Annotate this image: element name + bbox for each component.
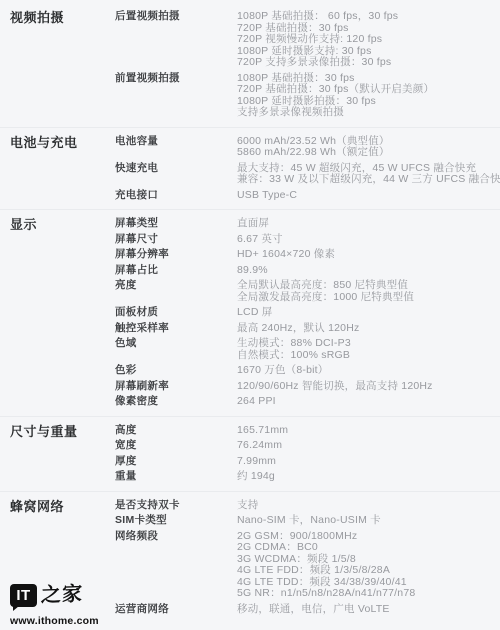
spec-values: 全局默认最高亮度：850 尼特典型值全局激发最高亮度：1000 尼特典型值: [237, 280, 490, 303]
spec-value-line: 264 PPI: [237, 396, 490, 408]
spec-row: 厚度 7.99mm: [115, 456, 490, 468]
spec-values: 264 PPI: [237, 396, 490, 408]
spec-section: 尺寸与重量 高度 165.71mm 宽度 76.24mm 厚度 7.99mm 重…: [0, 416, 500, 491]
section-rows: 是否支持双卡 支持 SIM卡类型 Nano-SIM 卡，Nano-USIM 卡 …: [115, 500, 490, 616]
spec-row: 屏幕分辨率 HD+ 1604×720 像素: [115, 249, 490, 261]
spec-row: 像素密度 264 PPI: [115, 396, 490, 408]
spec-value-line: 720P 视频慢动作支持: 120 fps: [237, 34, 490, 46]
spec-value-line: 自然模式：100% sRGB: [237, 350, 490, 362]
ithome-watermark: IT 之家 www.ithome.com: [10, 582, 120, 627]
spec-value-line: 最高 240Hz，默认 120Hz: [237, 323, 490, 335]
spec-row: 屏幕刷新率 120/90/60Hz 智能切换，最高支持 120Hz: [115, 381, 490, 393]
spec-value-line: 4G LTE FDD：频段 1/3/5/8/28A: [237, 565, 490, 577]
spec-label: 亮度: [115, 280, 237, 292]
spec-values: 2G GSM：900/1800MHz2G CDMA：BC03G WCDMA：频段…: [237, 531, 490, 600]
spec-row: 后置视频拍摄 1080P 基础拍摄： 60 fps，30 fps720P 基础拍…: [115, 11, 490, 69]
spec-value-line: 5860 mAh/22.98 Wh（额定值）: [237, 147, 500, 159]
ithome-logo: IT 之家: [10, 582, 120, 610]
spec-value-line: USB Type-C: [237, 190, 500, 202]
spec-values: 支持: [237, 500, 490, 512]
spec-value-line: 76.24mm: [237, 440, 490, 452]
spec-label: 电池容量: [115, 136, 237, 148]
spec-label: 快速充电: [115, 163, 237, 175]
spec-values: 1080P 基础拍摄：30 fps720P 基础拍摄：30 fps（默认开启美颜…: [237, 73, 490, 119]
section-title: 电池与充电: [10, 136, 115, 150]
spec-label: 屏幕类型: [115, 218, 237, 230]
spec-section: 视频拍摄 后置视频拍摄 1080P 基础拍摄： 60 fps，30 fps720…: [0, 0, 500, 127]
spec-values: 1080P 基础拍摄： 60 fps，30 fps720P 基础拍摄：30 fp…: [237, 11, 490, 69]
spec-values: 76.24mm: [237, 440, 490, 452]
spec-values: 约 194g: [237, 471, 490, 483]
spec-values: 165.71mm: [237, 425, 490, 437]
spec-label: 重量: [115, 471, 237, 483]
spec-row: 运营商网络 移动，联通，电信，广电 VoLTE: [115, 604, 490, 616]
spec-values: USB Type-C: [237, 190, 500, 202]
spec-row: 面板材质 LCD 屏: [115, 307, 490, 319]
spec-value-line: 165.71mm: [237, 425, 490, 437]
spec-values: 最高 240Hz，默认 120Hz: [237, 323, 490, 335]
spec-value-line: 6.67 英寸: [237, 234, 490, 246]
spec-label: 宽度: [115, 440, 237, 452]
ithome-logo-tail: [13, 606, 19, 611]
spec-values: 1670 万色（8-bit）: [237, 365, 490, 377]
section-title: 蜂窝网络: [10, 500, 115, 514]
spec-value-line: 生动模式：88% DCI-P3: [237, 338, 490, 350]
spec-label: 色域: [115, 338, 237, 350]
spec-row: 快速充电 最大支持：45 W 超级闪充，45 W UFCS 融合快充兼容：33 …: [115, 163, 500, 186]
spec-label: 像素密度: [115, 396, 237, 408]
section-rows: 后置视频拍摄 1080P 基础拍摄： 60 fps，30 fps720P 基础拍…: [115, 11, 490, 119]
spec-label: 高度: [115, 425, 237, 437]
spec-values: 直面屏: [237, 218, 490, 230]
spec-values: 移动，联通，电信，广电 VoLTE: [237, 604, 490, 616]
section-title: 视频拍摄: [10, 11, 115, 25]
spec-value-line: 约 194g: [237, 471, 490, 483]
spec-value-line: 全局激发最高亮度：1000 尼特典型值: [237, 292, 490, 304]
spec-label: 面板材质: [115, 307, 237, 319]
spec-values: 6.67 英寸: [237, 234, 490, 246]
spec-value-line: 直面屏: [237, 218, 490, 230]
spec-value-line: 7.99mm: [237, 456, 490, 468]
spec-table: 视频拍摄 后置视频拍摄 1080P 基础拍摄： 60 fps，30 fps720…: [0, 0, 500, 623]
spec-value-line: 兼容：33 W 及以下超级闪充，44 W 三方 UFCS 融合快充，33 W P…: [237, 174, 500, 186]
ithome-url-text: www.ithome.com: [10, 615, 120, 627]
spec-values: HD+ 1604×720 像素: [237, 249, 490, 261]
section-title: 显示: [10, 218, 115, 232]
spec-label: 色彩: [115, 365, 237, 377]
spec-label: 厚度: [115, 456, 237, 468]
spec-values: 最大支持：45 W 超级闪充，45 W UFCS 融合快充兼容：33 W 及以下…: [237, 163, 500, 186]
spec-label: 前置视频拍摄: [115, 73, 237, 85]
spec-value-line: HD+ 1604×720 像素: [237, 249, 490, 261]
spec-row: 电池容量 6000 mAh/23.52 Wh（典型值）5860 mAh/22.9…: [115, 136, 500, 159]
spec-values: 89.9%: [237, 265, 490, 277]
section-title: 尺寸与重量: [10, 425, 115, 439]
spec-row: 屏幕类型 直面屏: [115, 218, 490, 230]
spec-value-line: LCD 屏: [237, 307, 490, 319]
spec-values: LCD 屏: [237, 307, 490, 319]
spec-row: 宽度 76.24mm: [115, 440, 490, 452]
spec-values: Nano-SIM 卡，Nano-USIM 卡: [237, 515, 490, 527]
spec-label: 网络频段: [115, 531, 237, 543]
section-rows: 屏幕类型 直面屏 屏幕尺寸 6.67 英寸 屏幕分辨率 HD+ 1604×720…: [115, 218, 490, 408]
spec-value-line: 支持: [237, 500, 490, 512]
ithome-logo-icon: IT: [10, 584, 37, 607]
spec-row: 重量 约 194g: [115, 471, 490, 483]
spec-label: 屏幕占比: [115, 265, 237, 277]
spec-value-line: 720P 基础拍摄：30 fps（默认开启美颜）: [237, 84, 490, 96]
spec-label: 屏幕刷新率: [115, 381, 237, 393]
spec-value-line: 120/90/60Hz 智能切换，最高支持 120Hz: [237, 381, 490, 393]
spec-row: 前置视频拍摄 1080P 基础拍摄：30 fps720P 基础拍摄：30 fps…: [115, 73, 490, 119]
spec-value-line: 2G CDMA：BC0: [237, 542, 490, 554]
spec-value-line: 1670 万色（8-bit）: [237, 365, 490, 377]
spec-value-line: 全局默认最高亮度：850 尼特典型值: [237, 280, 490, 292]
spec-row: 色彩 1670 万色（8-bit）: [115, 365, 490, 377]
spec-label: 触控采样率: [115, 323, 237, 335]
spec-row: 网络频段 2G GSM：900/1800MHz2G CDMA：BC03G WCD…: [115, 531, 490, 600]
spec-row: 屏幕占比 89.9%: [115, 265, 490, 277]
spec-row: 屏幕尺寸 6.67 英寸: [115, 234, 490, 246]
spec-row: 色域 生动模式：88% DCI-P3自然模式：100% sRGB: [115, 338, 490, 361]
spec-value-line: 720P 支持多景录像拍摄：30 fps: [237, 57, 490, 69]
ithome-logo-cn-text: 之家: [41, 581, 84, 608]
spec-label: 后置视频拍摄: [115, 11, 237, 23]
spec-value-line: 支持多景录像视频拍摄: [237, 107, 490, 119]
spec-values: 生动模式：88% DCI-P3自然模式：100% sRGB: [237, 338, 490, 361]
spec-values: 7.99mm: [237, 456, 490, 468]
spec-values: 6000 mAh/23.52 Wh（典型值）5860 mAh/22.98 Wh（…: [237, 136, 500, 159]
spec-label: 屏幕分辨率: [115, 249, 237, 261]
spec-row: 高度 165.71mm: [115, 425, 490, 437]
spec-row: 亮度 全局默认最高亮度：850 尼特典型值全局激发最高亮度：1000 尼特典型值: [115, 280, 490, 303]
section-rows: 电池容量 6000 mAh/23.52 Wh（典型值）5860 mAh/22.9…: [115, 136, 500, 202]
spec-label: 屏幕尺寸: [115, 234, 237, 246]
spec-value-line: 89.9%: [237, 265, 490, 277]
spec-label: 充电接口: [115, 190, 237, 202]
spec-row: SIM卡类型 Nano-SIM 卡，Nano-USIM 卡: [115, 515, 490, 527]
section-rows: 高度 165.71mm 宽度 76.24mm 厚度 7.99mm 重量 约 19…: [115, 425, 490, 483]
spec-label: 是否支持双卡: [115, 500, 237, 512]
spec-label: SIM卡类型: [115, 515, 237, 527]
spec-value-line: 1080P 基础拍摄： 60 fps，30 fps: [237, 11, 490, 23]
spec-row: 触控采样率 最高 240Hz，默认 120Hz: [115, 323, 490, 335]
ithome-logo-it-text: IT: [16, 587, 30, 604]
spec-value-line: 5G NR：n1/n5/n8/n28A/n41/n77/n78: [237, 588, 490, 600]
spec-section: 显示 屏幕类型 直面屏 屏幕尺寸 6.67 英寸 屏幕分辨率 HD+ 1604×…: [0, 209, 500, 416]
spec-row: 是否支持双卡 支持: [115, 500, 490, 512]
spec-value-line: 移动，联通，电信，广电 VoLTE: [237, 604, 490, 616]
spec-row: 充电接口 USB Type-C: [115, 190, 500, 202]
spec-section: 电池与充电 电池容量 6000 mAh/23.52 Wh（典型值）5860 mA…: [0, 127, 500, 210]
spec-values: 120/90/60Hz 智能切换，最高支持 120Hz: [237, 381, 490, 393]
spec-label: 运营商网络: [115, 604, 237, 616]
spec-value-line: Nano-SIM 卡，Nano-USIM 卡: [237, 515, 490, 527]
